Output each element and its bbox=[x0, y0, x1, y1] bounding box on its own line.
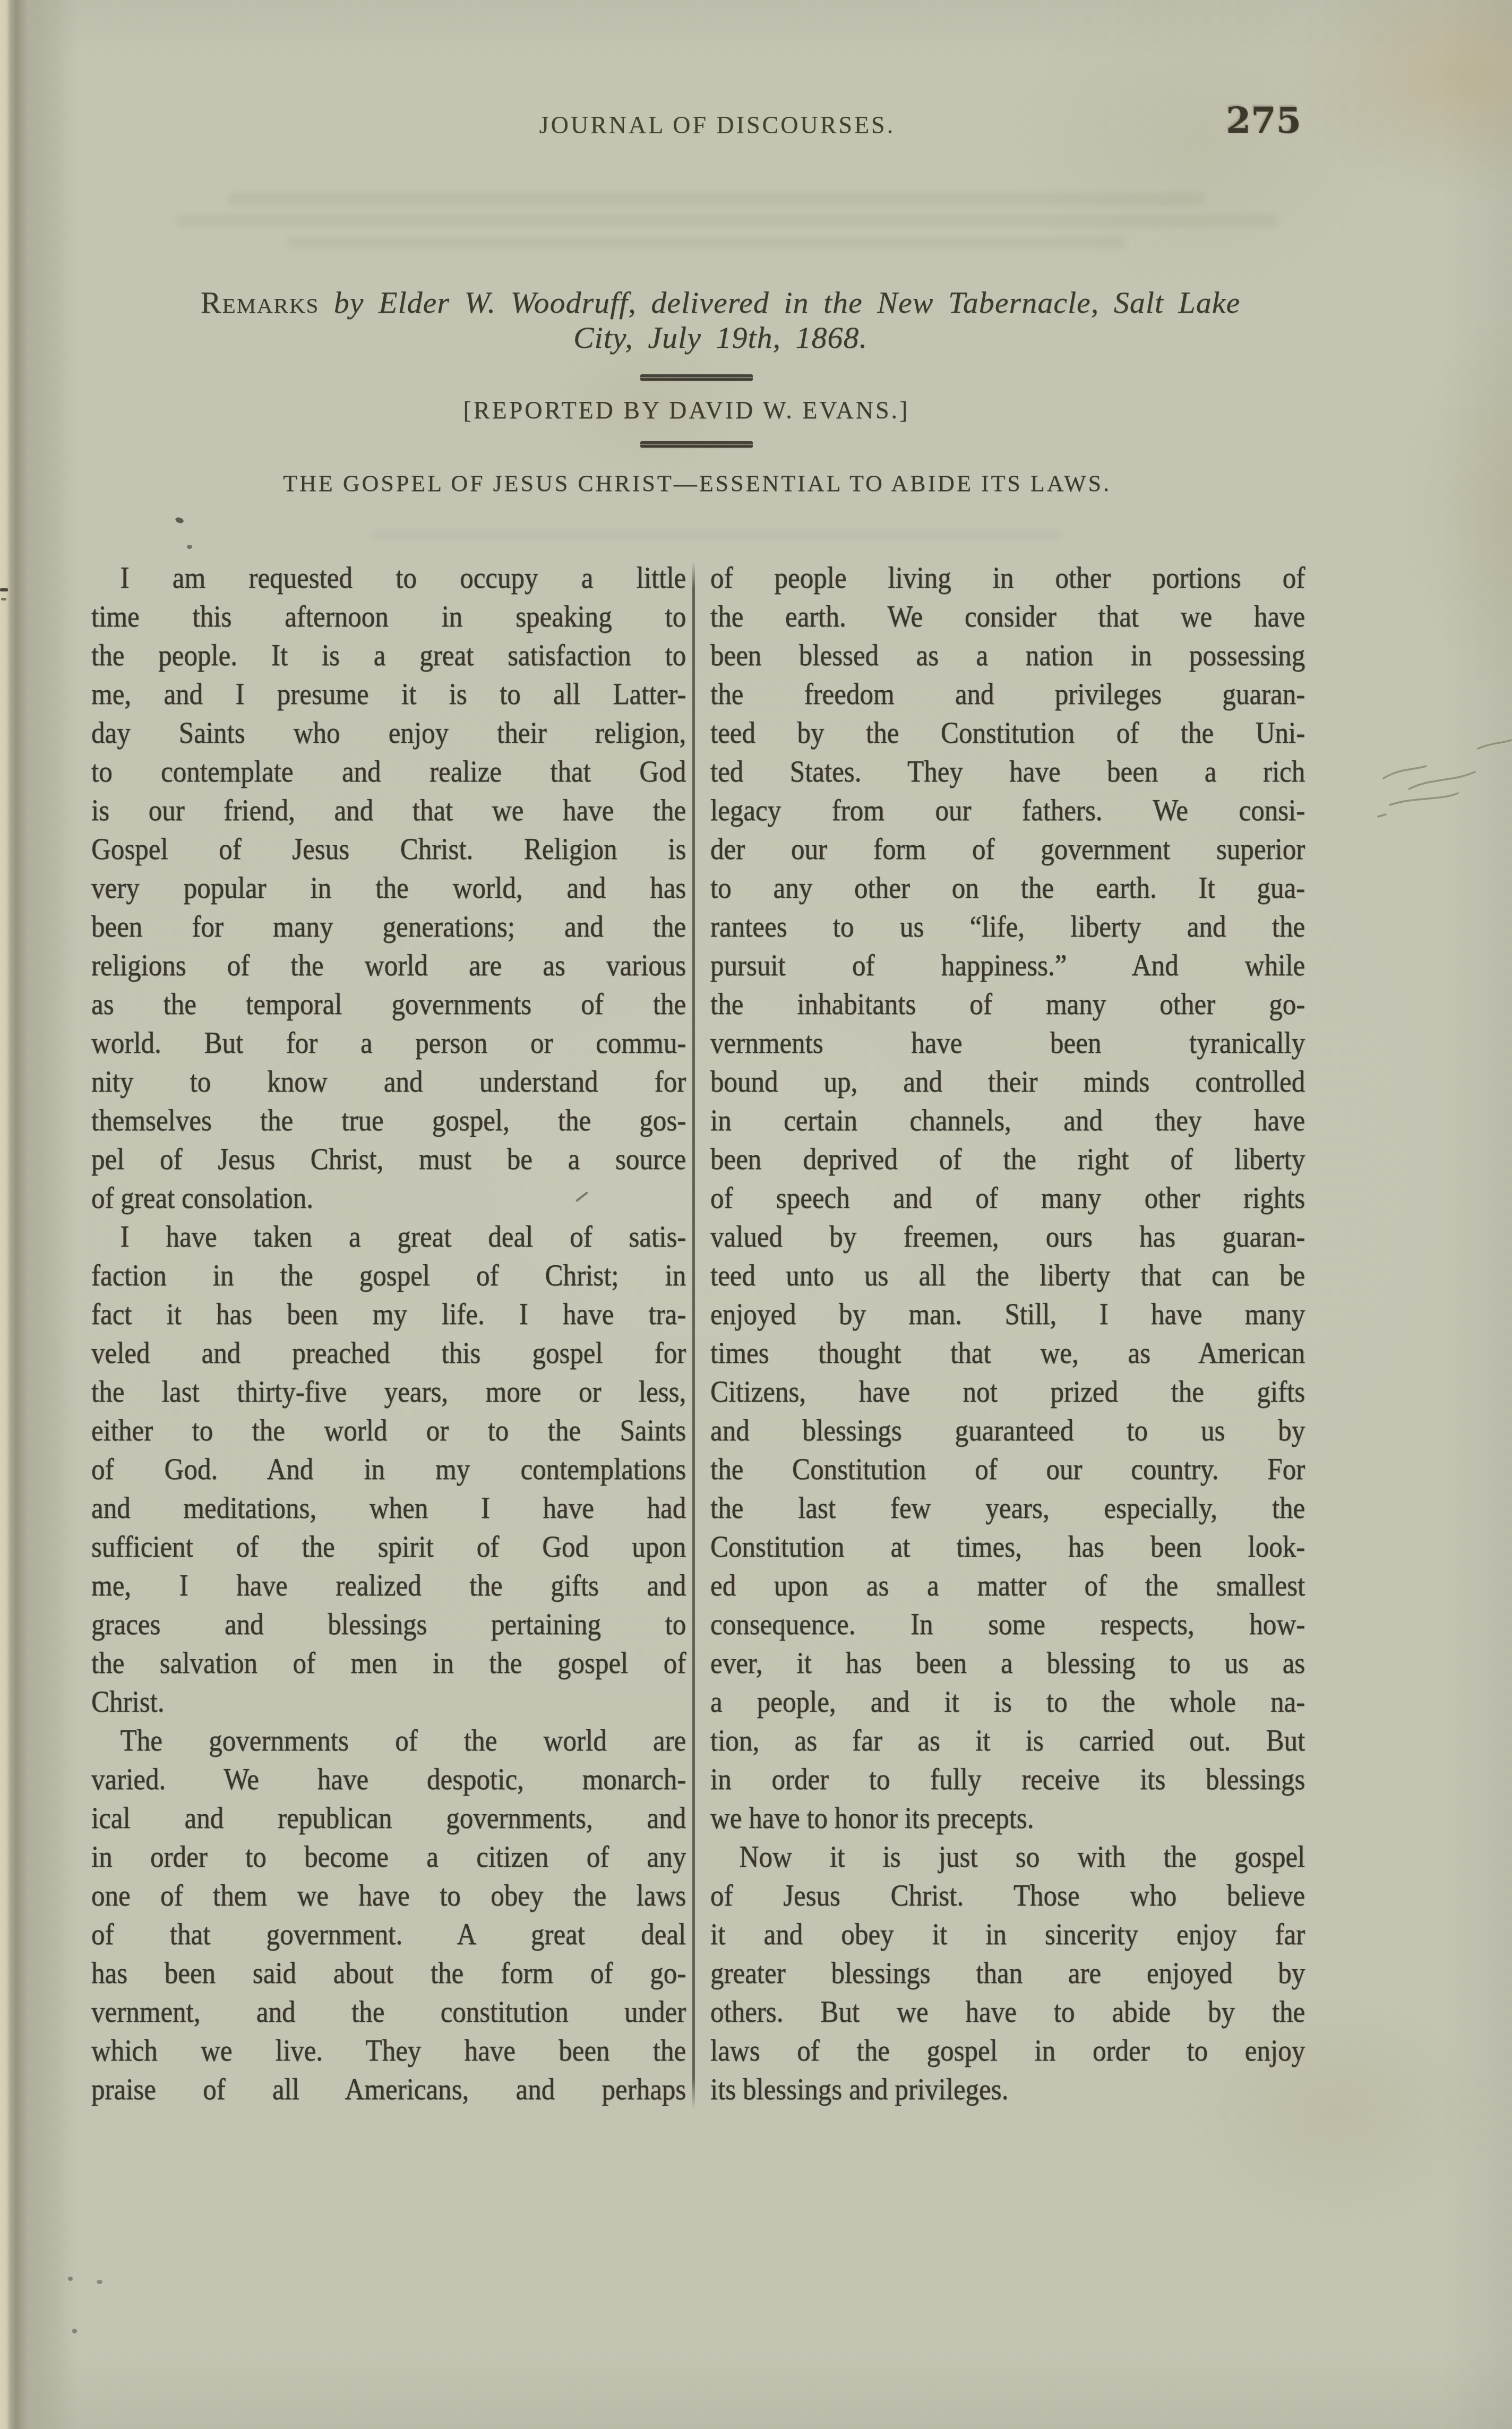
text-line: of God. And in my contemplations bbox=[91, 1449, 686, 1488]
ink-speck bbox=[97, 2280, 102, 2284]
ink-speck bbox=[72, 2329, 77, 2333]
section-heading: THE GOSPEL OF JESUS CHRIST—ESSENTIAL TO … bbox=[283, 470, 1111, 497]
text-line: ical and republican governments, and bbox=[91, 1798, 686, 1837]
showthrough-smudge bbox=[372, 531, 1062, 540]
text-line: of that government. A great deal bbox=[91, 1915, 686, 1953]
text-line: vernment, and the constitution under bbox=[91, 1992, 686, 2031]
title-line-1-rest: by Elder W. Woodruff, delivered in the N… bbox=[319, 285, 1240, 320]
ornament-rule-top bbox=[640, 374, 753, 381]
title-line-2: City, July 19th, 1868. bbox=[78, 320, 1363, 355]
text-line: of people living in other portions of bbox=[710, 558, 1305, 597]
text-line: the people. It is a great satisfaction t… bbox=[91, 636, 686, 674]
text-line: religions of the world are as various bbox=[91, 946, 686, 984]
text-line: in order to become a citizen of any bbox=[91, 1837, 686, 1876]
text-line: world. But for a person or commu- bbox=[91, 1023, 686, 1062]
text-line: of great consolation. bbox=[91, 1178, 686, 1217]
text-line: been deprived of the right of liberty bbox=[710, 1139, 1305, 1178]
text-line: nity to know and understand for bbox=[91, 1062, 686, 1101]
text-line: Now it is just so with the gospel bbox=[710, 1837, 1305, 1876]
text-column-left: I am requested to occupy a littletime th… bbox=[91, 558, 686, 2108]
text-line: Citizens, have not prized the gifts bbox=[710, 1372, 1305, 1411]
text-line: in certain channels, and they have bbox=[710, 1101, 1305, 1139]
text-line: of speech and of many other rights bbox=[710, 1178, 1305, 1217]
text-line: to any other on the earth. It gua- bbox=[710, 868, 1305, 907]
reported-by-line: [REPORTED BY DAVID W. EVANS.] bbox=[463, 397, 910, 424]
text-line: which we live. They have been the bbox=[91, 2031, 686, 2070]
text-line: der our form of government superior bbox=[710, 829, 1305, 868]
showthrough-smudge bbox=[175, 214, 1279, 227]
text-line: laws of the gospel in order to enjoy bbox=[710, 2031, 1305, 2070]
text-line: varied. We have despotic, monarch- bbox=[91, 1759, 686, 1798]
text-line: veled and preached this gospel for bbox=[91, 1333, 686, 1372]
text-line: teed by the Constitution of the Uni- bbox=[710, 713, 1305, 752]
text-line: been for many generations; and the bbox=[91, 907, 686, 946]
text-line: the earth. We consider that we have bbox=[710, 597, 1305, 636]
scan-edge-mark bbox=[0, 588, 8, 591]
text-line: we have to honor its precepts. bbox=[710, 1798, 1305, 1837]
text-line: ed upon as a matter of the smallest bbox=[710, 1566, 1305, 1604]
page-gutter-edge bbox=[0, 0, 74, 2429]
text-line: enjoyed by man. Still, I have many bbox=[710, 1294, 1305, 1333]
page-number: 275 bbox=[1226, 102, 1301, 139]
text-line: the Constitution of our country. For bbox=[710, 1449, 1305, 1488]
text-line: sufficient of the spirit of God upon bbox=[91, 1527, 686, 1566]
text-line: Christ. bbox=[91, 1682, 686, 1721]
text-line: is our friend, and that we have the bbox=[91, 791, 686, 829]
text-line: to contemplate and realize that God bbox=[91, 752, 686, 791]
text-line: tion, as far as it is carried out. But bbox=[710, 1721, 1305, 1759]
ink-speck bbox=[175, 517, 184, 525]
text-line: teed unto us all the liberty that can be bbox=[710, 1256, 1305, 1294]
text-line: faction in the gospel of Christ; in bbox=[91, 1256, 686, 1294]
ornament-rule-bottom bbox=[640, 441, 753, 448]
text-line: I have taken a great deal of satis- bbox=[91, 1217, 686, 1256]
text-line: it and obey it in sincerity enjoy far bbox=[710, 1915, 1305, 1953]
text-line: the last few years, especially, the bbox=[710, 1488, 1305, 1527]
title-lead-word: Remarks bbox=[201, 285, 320, 320]
book-page-scan: JOURNAL OF DISCOURSES. 275 Remarks by El… bbox=[0, 0, 1512, 2429]
column-divider-rule bbox=[692, 562, 695, 2109]
text-line: me, and I presume it is to all Latter- bbox=[91, 674, 686, 713]
text-line: Gospel of Jesus Christ. Religion is bbox=[91, 829, 686, 868]
text-line: been blessed as a nation in possessing bbox=[710, 636, 1305, 674]
text-line: legacy from our fathers. We consi- bbox=[710, 791, 1305, 829]
text-line: very popular in the world, and has bbox=[91, 868, 686, 907]
text-line: vernments have been tyranically bbox=[710, 1023, 1305, 1062]
text-line: the freedom and privileges guaran- bbox=[710, 674, 1305, 713]
text-line: consequence. In some respects, how- bbox=[710, 1604, 1305, 1643]
scan-edge-mark bbox=[1, 598, 6, 600]
text-line: and meditations, when I have had bbox=[91, 1488, 686, 1527]
text-line: bound up, and their minds controlled bbox=[710, 1062, 1305, 1101]
text-line: greater blessings than are enjoyed by bbox=[710, 1953, 1305, 1992]
text-line: the last thirty-five years, more or less… bbox=[91, 1372, 686, 1411]
ink-speck bbox=[68, 2277, 73, 2281]
text-line: pursuit of happiness.” And while bbox=[710, 946, 1305, 984]
text-line: ever, it has been a blessing to us as bbox=[710, 1643, 1305, 1682]
text-line: the inhabitants of many other go- bbox=[710, 984, 1305, 1023]
text-line: graces and blessings pertaining to bbox=[91, 1604, 686, 1643]
text-line: The governments of the world are bbox=[91, 1721, 686, 1759]
text-line: time this afternoon in speaking to bbox=[91, 597, 686, 636]
showthrough-smudge bbox=[228, 192, 1205, 206]
text-line: in order to fully receive its blessings bbox=[710, 1759, 1305, 1798]
text-line: day Saints who enjoy their religion, bbox=[91, 713, 686, 752]
text-line: themselves the true gospel, the gos- bbox=[91, 1101, 686, 1139]
text-line: its blessings and privileges. bbox=[710, 2070, 1305, 2108]
showthrough-smudge bbox=[287, 237, 1126, 248]
text-line: either to the world or to the Saints bbox=[91, 1411, 686, 1449]
text-line: fact it has been my life. I have tra- bbox=[91, 1294, 686, 1333]
text-line: of Jesus Christ. Those who believe bbox=[710, 1876, 1305, 1915]
text-line: I am requested to occupy a little bbox=[91, 558, 686, 597]
text-line: one of them we have to obey the laws bbox=[91, 1876, 686, 1915]
text-line: the salvation of men in the gospel of bbox=[91, 1643, 686, 1682]
text-line: as the temporal governments of the bbox=[91, 984, 686, 1023]
text-line: rantees to us “life, liberty and the bbox=[710, 907, 1305, 946]
text-line: valued by freemen, ours has guaran- bbox=[710, 1217, 1305, 1256]
text-column-right: of people living in other portions ofthe… bbox=[710, 558, 1305, 2108]
title-line-1: Remarks by Elder W. Woodruff, delivered … bbox=[78, 285, 1363, 320]
ink-speck bbox=[187, 545, 192, 549]
text-line: and blessings guaranteed to us by bbox=[710, 1411, 1305, 1449]
text-line: pel of Jesus Christ, must be a source bbox=[91, 1139, 686, 1178]
pencil-margin-marks bbox=[1374, 737, 1512, 843]
text-line: has been said about the form of go- bbox=[91, 1953, 686, 1992]
text-line: praise of all Americans, and perhaps bbox=[91, 2070, 686, 2108]
discourse-title: Remarks by Elder W. Woodruff, delivered … bbox=[78, 285, 1363, 355]
text-line: Constitution at times, has been look- bbox=[710, 1527, 1305, 1566]
text-line: a people, and it is to the whole na- bbox=[710, 1682, 1305, 1721]
text-line: times thought that we, as American bbox=[710, 1333, 1305, 1372]
text-line: ted States. They have been a rich bbox=[710, 752, 1305, 791]
text-line: others. But we have to abide by the bbox=[710, 1992, 1305, 2031]
text-line: me, I have realized the gifts and bbox=[91, 1566, 686, 1604]
running-head: JOURNAL OF DISCOURSES. bbox=[539, 113, 895, 138]
